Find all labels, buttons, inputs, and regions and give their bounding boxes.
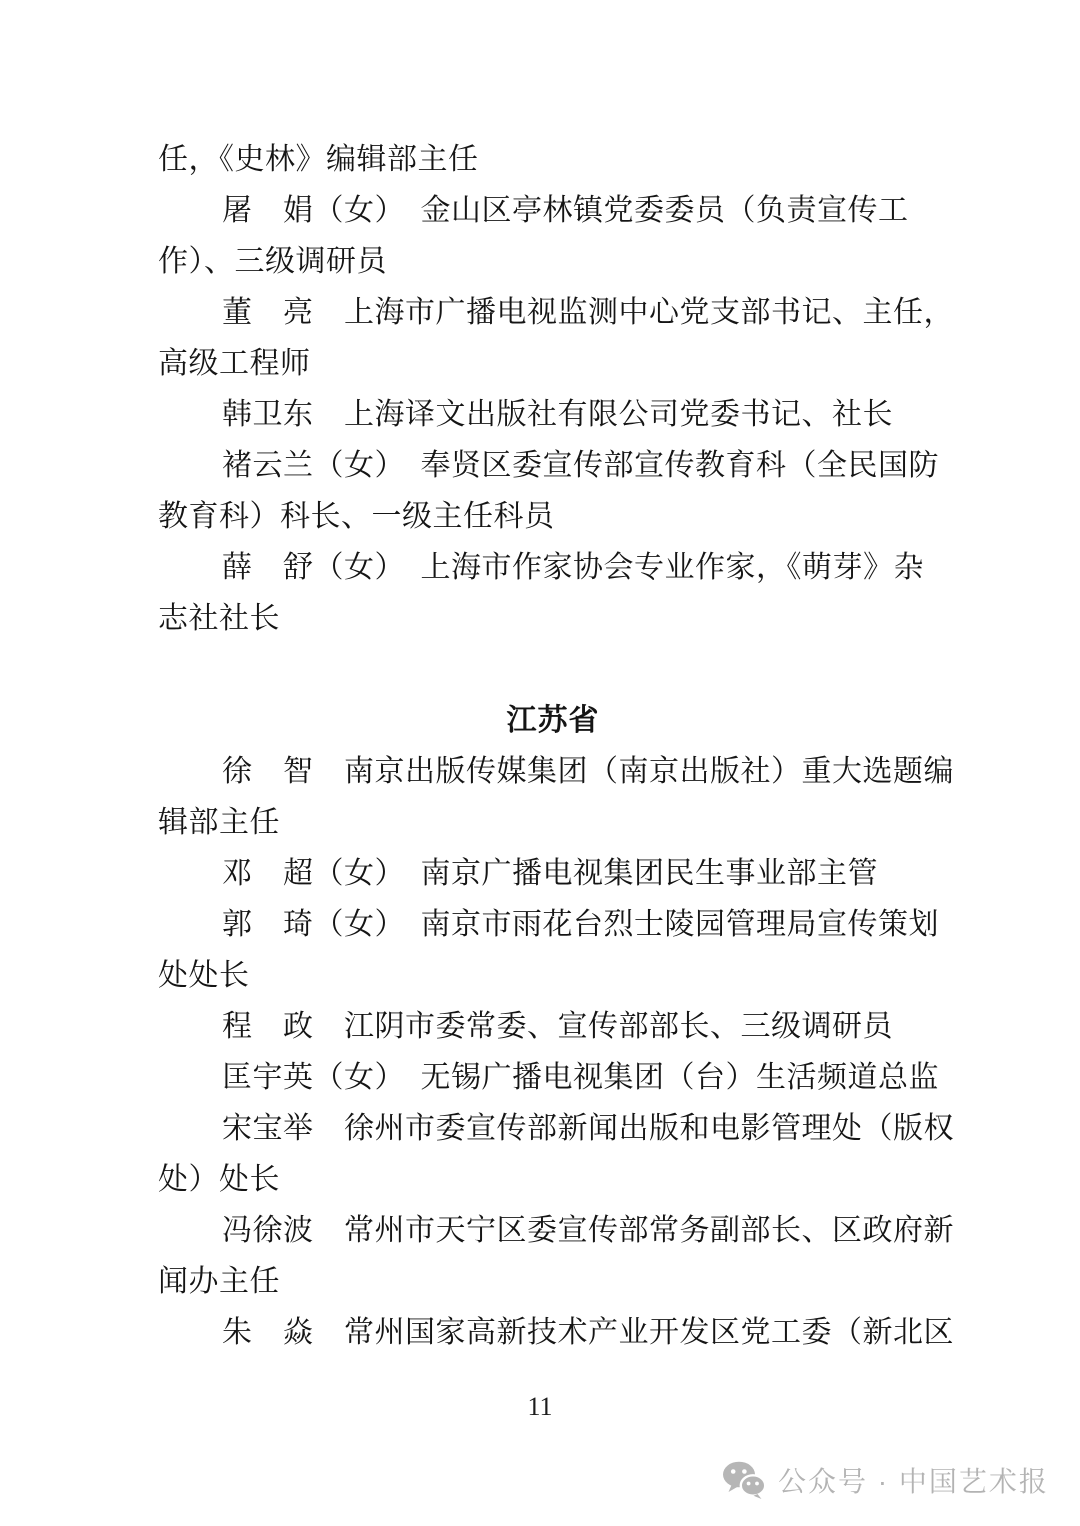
doc-line-entry: 褚云兰（女） 奉贤区委宣传部宣传教育科（全民国防 [158,440,948,491]
doc-line-entry: 郭 琦（女） 南京市雨花台烈士陵园管理局宣传策划 [158,899,948,950]
page-number: 11 [0,1392,1080,1422]
wechat-icon [722,1461,766,1499]
watermark-label: 公众号 · 中国艺术报 [778,1460,1049,1500]
doc-line-entry: 邓 超（女） 南京广播电视集团民生事业部主管 [158,848,948,899]
doc-line-blank [158,644,948,695]
document-page: 任，《史林》编辑部主任 屠 娟（女） 金山区亭林镇党委委员（负责宣传工 作）、三… [0,0,1080,1526]
watermark: 公众号 · 中国艺术报 [722,1460,1049,1500]
doc-line: 高级工程师 [158,338,948,389]
doc-line: 作）、三级调研员 [158,236,948,287]
doc-line-entry: 韩卫东 上海译文出版社有限公司党委书记、社长 [158,389,948,440]
doc-line: 闻办主任 [158,1256,948,1307]
doc-line: 志社社长 [158,593,948,644]
doc-line: 教育科）科长、一级主任科员 [158,491,948,542]
doc-line: 任，《史林》编辑部主任 [158,134,948,185]
doc-line-entry: 屠 娟（女） 金山区亭林镇党委委员（负责宣传工 [158,185,948,236]
doc-line-entry: 徐 智 南京出版传媒集团（南京出版社）重大选题编 [158,746,948,797]
doc-line-entry: 程 政 江阴市委常委、宣传部部长、三级调研员 [158,1001,948,1052]
doc-line-entry: 薛 舒（女） 上海市作家协会专业作家，《萌芽》杂 [158,542,948,593]
doc-line: 处处长 [158,950,948,1001]
doc-line-entry: 董 亮 上海市广播电视监测中心党支部书记、主任， [158,287,948,338]
doc-line-entry: 宋宝举 徐州市委宣传部新闻出版和电影管理处（版权 [158,1103,948,1154]
doc-line: 辑部主任 [158,797,948,848]
doc-line-entry: 冯徐波 常州市天宁区委宣传部常务副部长、区政府新 [158,1205,948,1256]
doc-line-entry: 朱 焱 常州国家高新技术产业开发区党工委（新北区 [158,1307,948,1358]
doc-line-entry: 匡宇英（女） 无锡广播电视集团（台）生活频道总监 [158,1052,948,1103]
body-text: 任，《史林》编辑部主任 屠 娟（女） 金山区亭林镇党委委员（负责宣传工 作）、三… [158,134,948,1358]
section-heading-jiangsu: 江苏省 [158,695,948,746]
doc-line: 处）处长 [158,1154,948,1205]
